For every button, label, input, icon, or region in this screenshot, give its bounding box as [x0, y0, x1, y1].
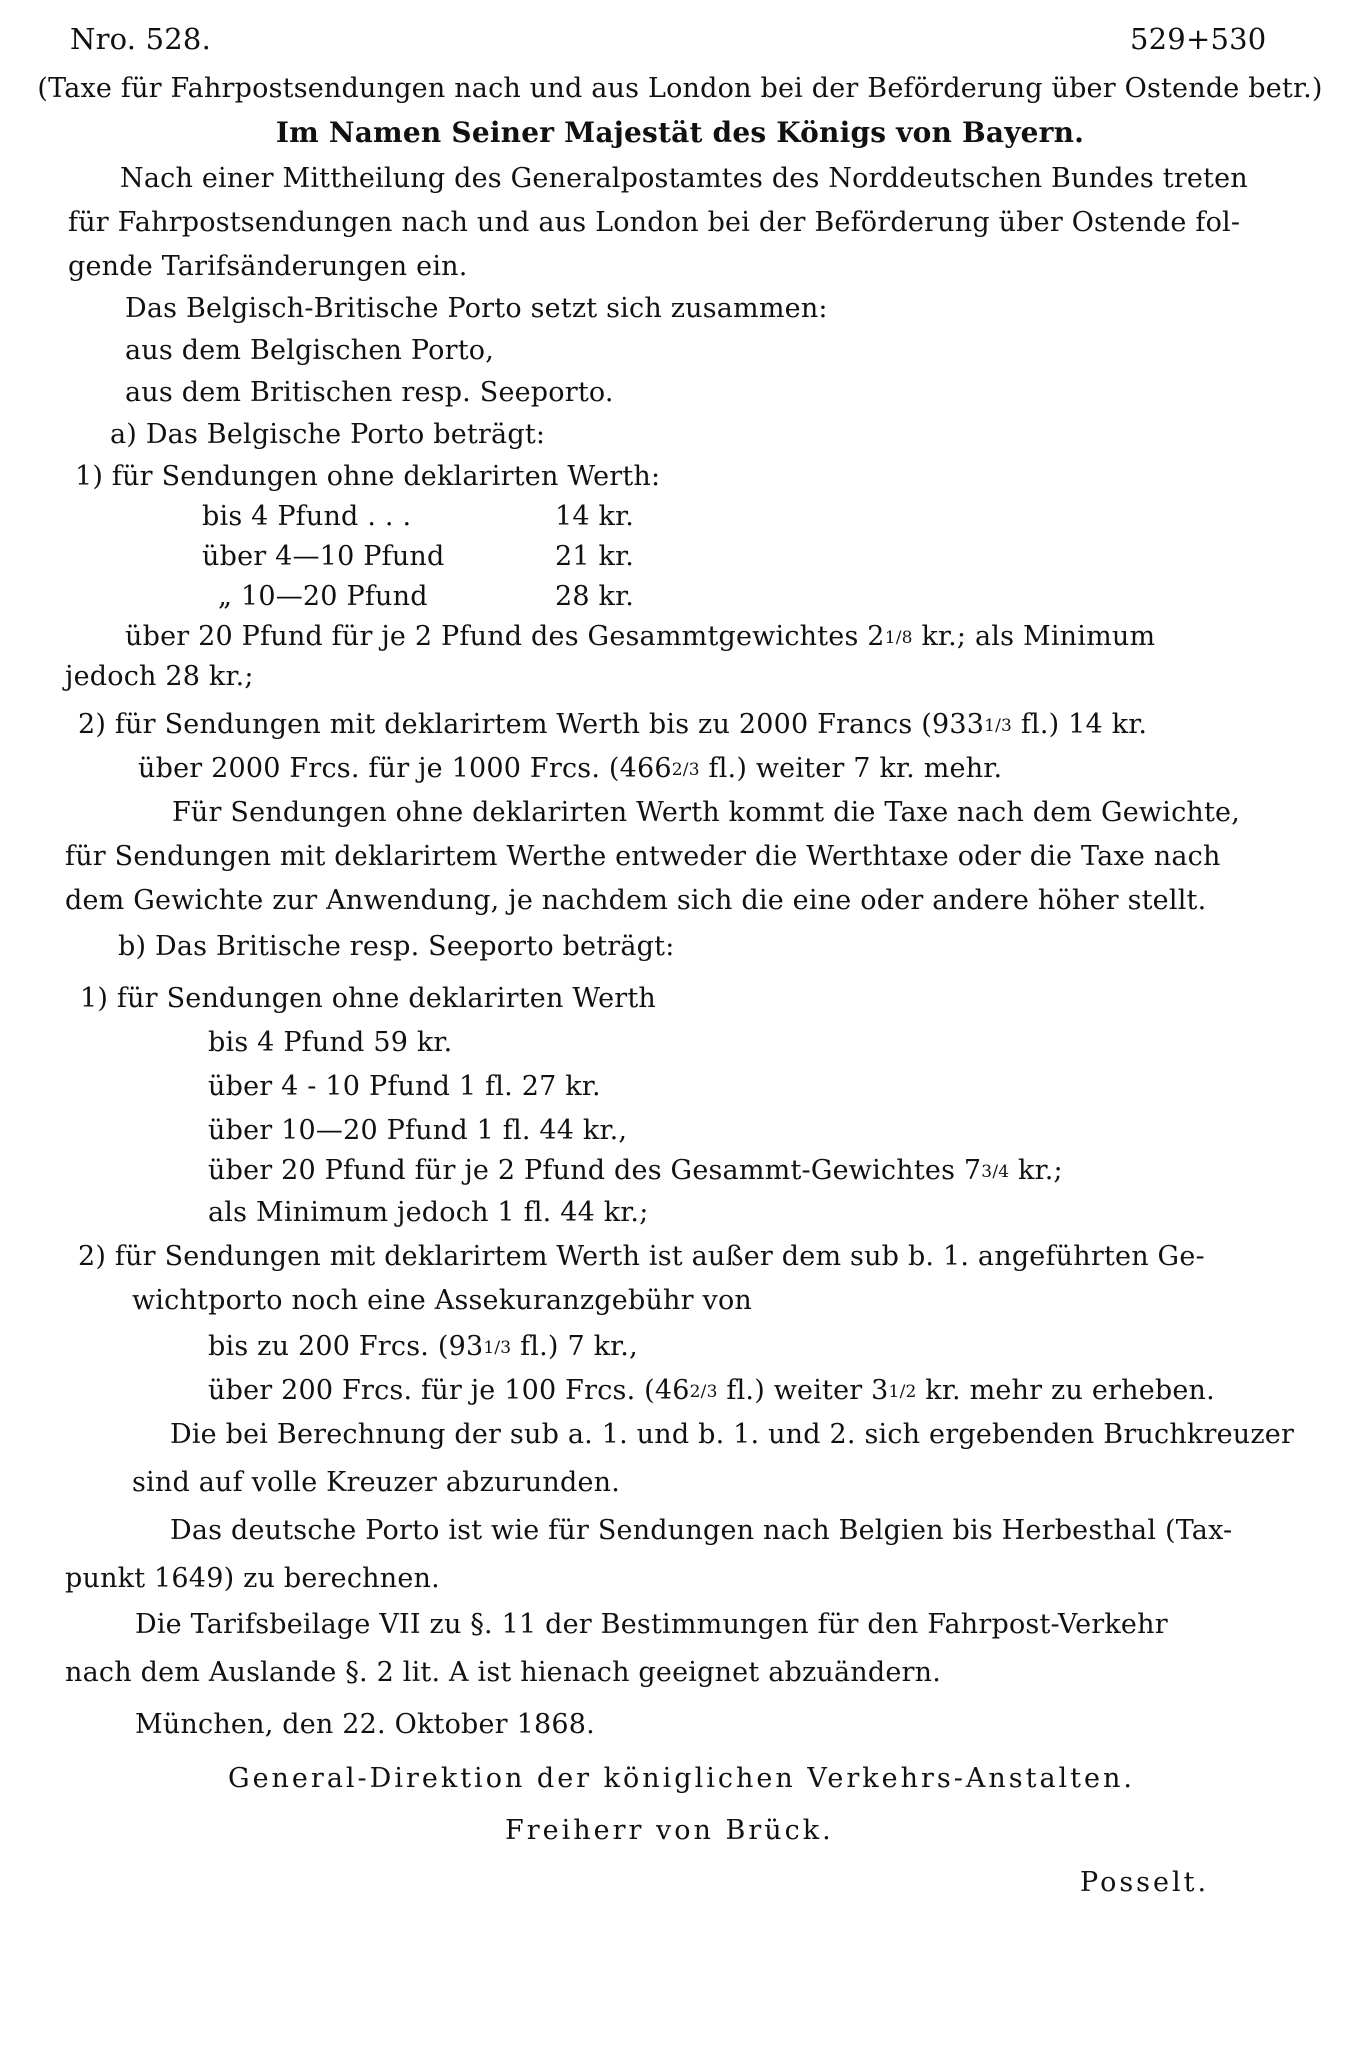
note-line-2: für Sendungen mit deklarirtem Werthe ent…: [65, 840, 1221, 874]
fraction: 3/4: [981, 1162, 1009, 1182]
subject-line: (Taxe für Fahrpostsendungen nach und aus…: [0, 72, 1360, 106]
rate-price: 21 kr.: [555, 540, 634, 574]
section-b-item1-title: 1) für Sendungen ohne deklarirten Werth: [80, 982, 656, 1016]
text: kr.;: [1009, 1155, 1063, 1186]
text: über 20 Pfund für je 2 Pfund des Gesammt…: [208, 1155, 981, 1186]
section-a-item1-title: 1) für Sendungen ohne deklarirten Werth:: [75, 460, 660, 494]
place-date: München, den 22. Oktober 1868.: [135, 1708, 595, 1742]
text: fl.) weiter 7 kr. mehr.: [700, 753, 1002, 784]
rate-price: 14 kr.: [555, 500, 634, 534]
german-porto-line-2: punkt 1649) zu berechnen.: [65, 1562, 440, 1596]
text: über 200 Frcs. für je 100 Frcs. (46: [208, 1375, 690, 1406]
section-a-over20: über 20 Pfund für je 2 Pfund des Gesammt…: [125, 620, 1155, 655]
composition-line-3: aus dem Britischen resp. Seeporto.: [125, 376, 614, 410]
rounding-line-2: sind auf volle Kreuzer abzurunden.: [132, 1466, 620, 1500]
section-b-over20: über 20 Pfund für je 2 Pfund des Gesammt…: [208, 1154, 1063, 1189]
section-b-item2-line3: bis zu 200 Frcs. (931/3 fl.) 7 kr.,: [208, 1330, 638, 1365]
text: fl.) 14 kr.: [1012, 709, 1147, 740]
fraction: 1/3: [984, 716, 1012, 736]
note-line-3: dem Gewichte zur Anwendung, je nachdem s…: [65, 884, 1206, 918]
issuing-authority: General-Direktion der königlichen Verkeh…: [228, 1762, 1135, 1796]
amendment-line-2: nach dem Auslande §. 2 lit. A ist hienac…: [65, 1656, 941, 1690]
fraction: 2/3: [672, 760, 700, 780]
text: 2) für Sendungen mit deklarirtem Werth b…: [78, 709, 984, 740]
fraction: 1/3: [483, 1338, 511, 1358]
signatory: Freiherr von Brück.: [505, 1814, 834, 1848]
fraction: 2/3: [690, 1382, 718, 1402]
section-b-item2-line2: wichtporto noch eine Assekuranzgebühr vo…: [132, 1284, 752, 1318]
text: fl.) 7 kr.,: [511, 1331, 638, 1362]
rate-weight: über 4—10 Pfund: [202, 540, 444, 574]
section-a-minimum: jedoch 28 kr.;: [65, 660, 254, 694]
rounding-line-1: Die bei Berechnung der sub a. 1. und b. …: [170, 1418, 1294, 1452]
rate-line: über 10—20 Pfund 1 fl. 44 kr.,: [208, 1114, 627, 1148]
rate-line: über 4 - 10 Pfund 1 fl. 27 kr.: [208, 1070, 601, 1104]
document-number: Nro. 528.: [70, 22, 211, 56]
text: über 2000 Frcs. für je 1000 Frcs. (466: [138, 753, 672, 784]
fraction: 1/2: [889, 1382, 917, 1402]
intro-line-3: gende Tarifsänderungen ein.: [68, 250, 468, 284]
rate-price: 28 kr.: [555, 580, 634, 614]
section-b-item2-line4: über 200 Frcs. für je 100 Frcs. (462/3 f…: [208, 1374, 1215, 1409]
section-a-item2-line2: über 2000 Frcs. für je 1000 Frcs. (4662/…: [138, 752, 1002, 787]
section-b-minimum: als Minimum jedoch 1 fl. 44 kr.;: [208, 1196, 649, 1230]
composition-line-1: Das Belgisch-Britische Porto setzt sich …: [125, 292, 828, 326]
note-line-1: Für Sendungen ohne deklarirten Werth kom…: [172, 796, 1240, 830]
preamble: Im Namen Seiner Majestät des Königs von …: [0, 116, 1360, 150]
text: bis zu 200 Frcs. (93: [208, 1331, 483, 1362]
rate-weight: „ 10—20 Pfund: [218, 580, 428, 614]
intro-line-1: Nach einer Mittheilung des Generalpostam…: [120, 162, 1262, 196]
text: über 20 Pfund für je 2 Pfund des Gesammt…: [125, 621, 885, 652]
intro-line-2: für Fahrpostsendungen nach und aus Londo…: [68, 206, 1240, 240]
text: fl.) weiter 3: [718, 1375, 889, 1406]
rate-weight: bis 4 Pfund . . .: [202, 500, 411, 534]
section-b-item2-line1: 2) für Sendungen mit deklarirtem Werth i…: [78, 1240, 1205, 1274]
section-a-title: a) Das Belgische Porto beträgt:: [110, 418, 545, 452]
page-numbers: 529+530: [1130, 22, 1266, 56]
amendment-line-1: Die Tarifsbeilage VII zu §. 11 der Besti…: [135, 1608, 1168, 1642]
rate-line: bis 4 Pfund 59 kr.: [208, 1026, 452, 1060]
text: kr.; als Minimum: [913, 621, 1156, 652]
section-a-item2: 2) für Sendungen mit deklarirtem Werth b…: [78, 708, 1147, 743]
composition-line-2: aus dem Belgischen Porto,: [125, 334, 494, 368]
countersignatory: Posselt.: [1080, 1866, 1209, 1900]
fraction: 1/8: [885, 628, 913, 648]
document-page: Nro. 528. 529+530 (Taxe für Fahrpostsend…: [0, 0, 1360, 2048]
text: kr. mehr zu erheben.: [917, 1375, 1215, 1406]
section-b-title: b) Das Britische resp. Seeporto beträgt:: [118, 930, 675, 964]
german-porto-line-1: Das deutsche Porto ist wie für Sendungen…: [170, 1514, 1232, 1548]
